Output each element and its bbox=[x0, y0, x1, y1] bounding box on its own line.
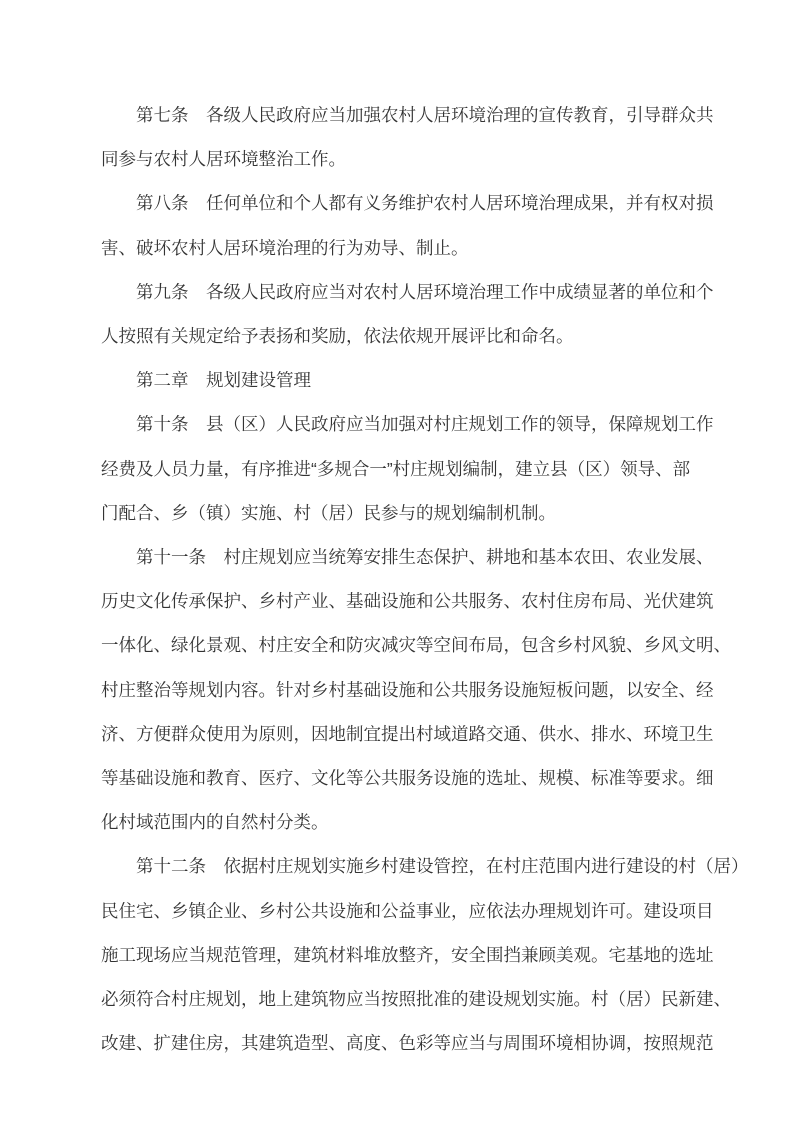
text-line: 第十二条 依据村庄规划实施乡村建设管控，在村庄范围内进行建设的村（居） bbox=[101, 844, 679, 888]
text-line: 经费及人员力量，有序推进“多规合一”村庄规划编制，建立县（区）领导、部 bbox=[101, 447, 679, 491]
text-line: 害、破坏农村人居环境治理的行为劝导、制止。 bbox=[101, 226, 679, 270]
paragraph-article-12: 第十二条 依据村庄规划实施乡村建设管控，在村庄范围内进行建设的村（居） 民住宅、… bbox=[101, 844, 679, 1065]
paragraph-article-7: 第七条 各级人民政府应当加强农村人居环境治理的宣传教育，引导群众共 同参与农村人… bbox=[101, 93, 679, 181]
text-line: 一体化、绿化景观、村庄安全和防灾减灾等空间布局，包含乡村风貌、乡风文明、 bbox=[101, 623, 679, 667]
text-line: 等基础设施和教育、医疗、文化等公共服务设施的选址、规模、标准等要求。细 bbox=[101, 756, 679, 800]
chapter-2-heading: 第二章 规划建设管理 bbox=[101, 358, 679, 402]
paragraph-article-8: 第八条 任何单位和个人都有义务维护农村人居环境治理成果，并有权对损 害、破坏农村… bbox=[101, 181, 679, 269]
text-line: 村庄整治等规划内容。针对乡村基础设施和公共服务设施短板问题，以安全、经 bbox=[101, 668, 679, 712]
text-line: 人按照有关规定给予表扬和奖励，依法依规开展评比和命名。 bbox=[101, 314, 679, 358]
text-line: 改建、扩建住房，其建筑造型、高度、色彩等应当与周围环境相协调，按照规范 bbox=[101, 1021, 679, 1065]
text-line: 济、方便群众使用为原则，因地制宜提出村域道路交通、供水、排水、环境卫生 bbox=[101, 712, 679, 756]
text-line: 必须符合村庄规划，地上建筑物应当按照批准的建设规划实施。村（居）民新建、 bbox=[101, 977, 679, 1021]
chapter-heading-text: 第二章 规划建设管理 bbox=[101, 358, 679, 402]
paragraph-article-9: 第九条 各级人民政府应当对农村人居环境治理工作中成绩显著的单位和个 人按照有关规… bbox=[101, 270, 679, 358]
document-page: 第七条 各级人民政府应当加强农村人居环境治理的宣传教育，引导群众共 同参与农村人… bbox=[0, 0, 793, 1122]
paragraph-article-11: 第十一条 村庄规划应当统筹安排生态保护、耕地和基本农田、农业发展、 历史文化传承… bbox=[101, 535, 679, 844]
text-line: 第九条 各级人民政府应当对农村人居环境治理工作中成绩显著的单位和个 bbox=[101, 270, 679, 314]
text-line: 化村域范围内的自然村分类。 bbox=[101, 800, 679, 844]
text-line: 历史文化传承保护、乡村产业、基础设施和公共服务、农村住房布局、光伏建筑 bbox=[101, 579, 679, 623]
text-line: 同参与农村人居环境整治工作。 bbox=[101, 137, 679, 181]
text-line: 第七条 各级人民政府应当加强农村人居环境治理的宣传教育，引导群众共 bbox=[101, 93, 679, 137]
paragraph-article-10: 第十条 县（区）人民政府应当加强对村庄规划工作的领导，保障规划工作 经费及人员力… bbox=[101, 402, 679, 535]
text-line: 第十条 县（区）人民政府应当加强对村庄规划工作的领导，保障规划工作 bbox=[101, 402, 679, 446]
text-line: 第八条 任何单位和个人都有义务维护农村人居环境治理成果，并有权对损 bbox=[101, 181, 679, 225]
text-line: 第十一条 村庄规划应当统筹安排生态保护、耕地和基本农田、农业发展、 bbox=[101, 535, 679, 579]
document-body: 第七条 各级人民政府应当加强农村人居环境治理的宣传教育，引导群众共 同参与农村人… bbox=[0, 0, 793, 1065]
text-line: 门配合、乡（镇）实施、村（居）民参与的规划编制机制。 bbox=[101, 491, 679, 535]
text-line: 施工现场应当规范管理，建筑材料堆放整齐，安全围挡兼顾美观。宅基地的选址 bbox=[101, 933, 679, 977]
text-line: 民住宅、乡镇企业、乡村公共设施和公益事业，应依法办理规划许可。建设项目 bbox=[101, 889, 679, 933]
